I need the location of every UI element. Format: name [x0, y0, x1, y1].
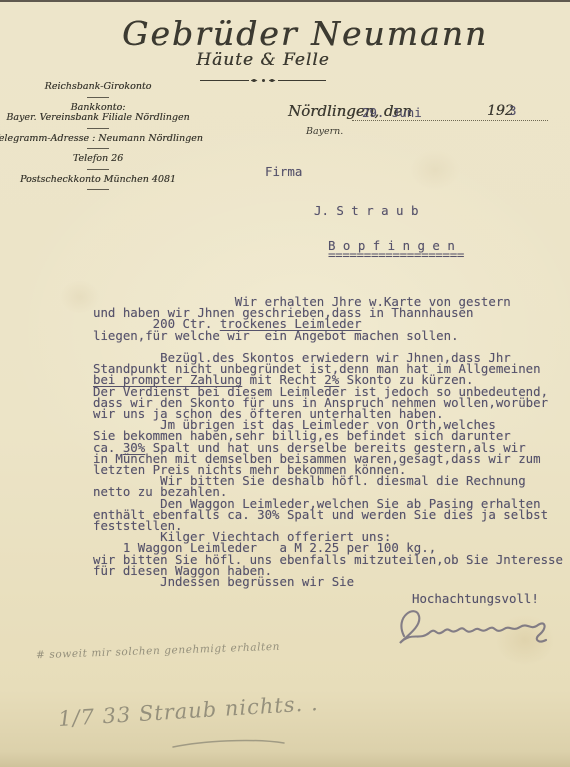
- handwritten-signature: [388, 600, 560, 658]
- pencil-note-bottom: 1/7 33 Straub nichts. .: [58, 691, 320, 731]
- recipient-name: J. S t r a u b: [314, 203, 418, 218]
- diamond-icon: [269, 79, 276, 83]
- typed-date: 29. Juni: [362, 105, 422, 120]
- letterhead-info-line: Bayer. Vereinsbank Filiale Nördlingen: [6, 113, 189, 124]
- ornament-line: [278, 80, 327, 81]
- pencil-underline-flourish: [170, 737, 288, 751]
- dot-icon: [262, 79, 265, 82]
- diamond-icon: [251, 79, 258, 83]
- letterhead-info-rule: [87, 189, 109, 190]
- region-label: Bayern.: [306, 126, 343, 137]
- company-title: Gebrüder Neumann: [122, 14, 488, 53]
- year-typed-digit: 3: [509, 103, 516, 118]
- letterhead-info-rule: [87, 97, 109, 98]
- letterhead-info-rule: [87, 128, 109, 129]
- letterhead-info-rule: [87, 148, 109, 149]
- bank-info-list: Reichsbank-GirokontoBankkonto:Bayer. Ver…: [2, 82, 194, 195]
- letterhead-info-line: Telefon 26: [73, 154, 123, 165]
- ornament-line: [200, 80, 249, 81]
- letterhead-info-line: Telegramm-Adresse : Neumann Nördlingen: [0, 134, 203, 145]
- letterhead-info-line: Postscheckkonto München 4081: [20, 175, 176, 186]
- scan-edge-top: [0, 0, 570, 2]
- letterhead-info-rule: [87, 169, 109, 170]
- pencil-note-top: # soweit mir solchen genehmigt erhalten: [36, 641, 280, 662]
- recipient-city-underline: ===================: [328, 247, 464, 262]
- paper-stain: [410, 150, 460, 190]
- company-subtitle: Häute & Felle: [196, 50, 330, 70]
- letterhead-info-line: Reichsbank-Girokonto: [45, 82, 152, 93]
- ornament-divider: [200, 77, 326, 84]
- letter-paper: Gebrüder Neumann Häute & Felle Reichsban…: [0, 0, 570, 767]
- recipient-salutation: Firma: [265, 164, 302, 179]
- letter-body: Wir erhalten Jhre w.Karte von gestern un…: [0, 296, 563, 587]
